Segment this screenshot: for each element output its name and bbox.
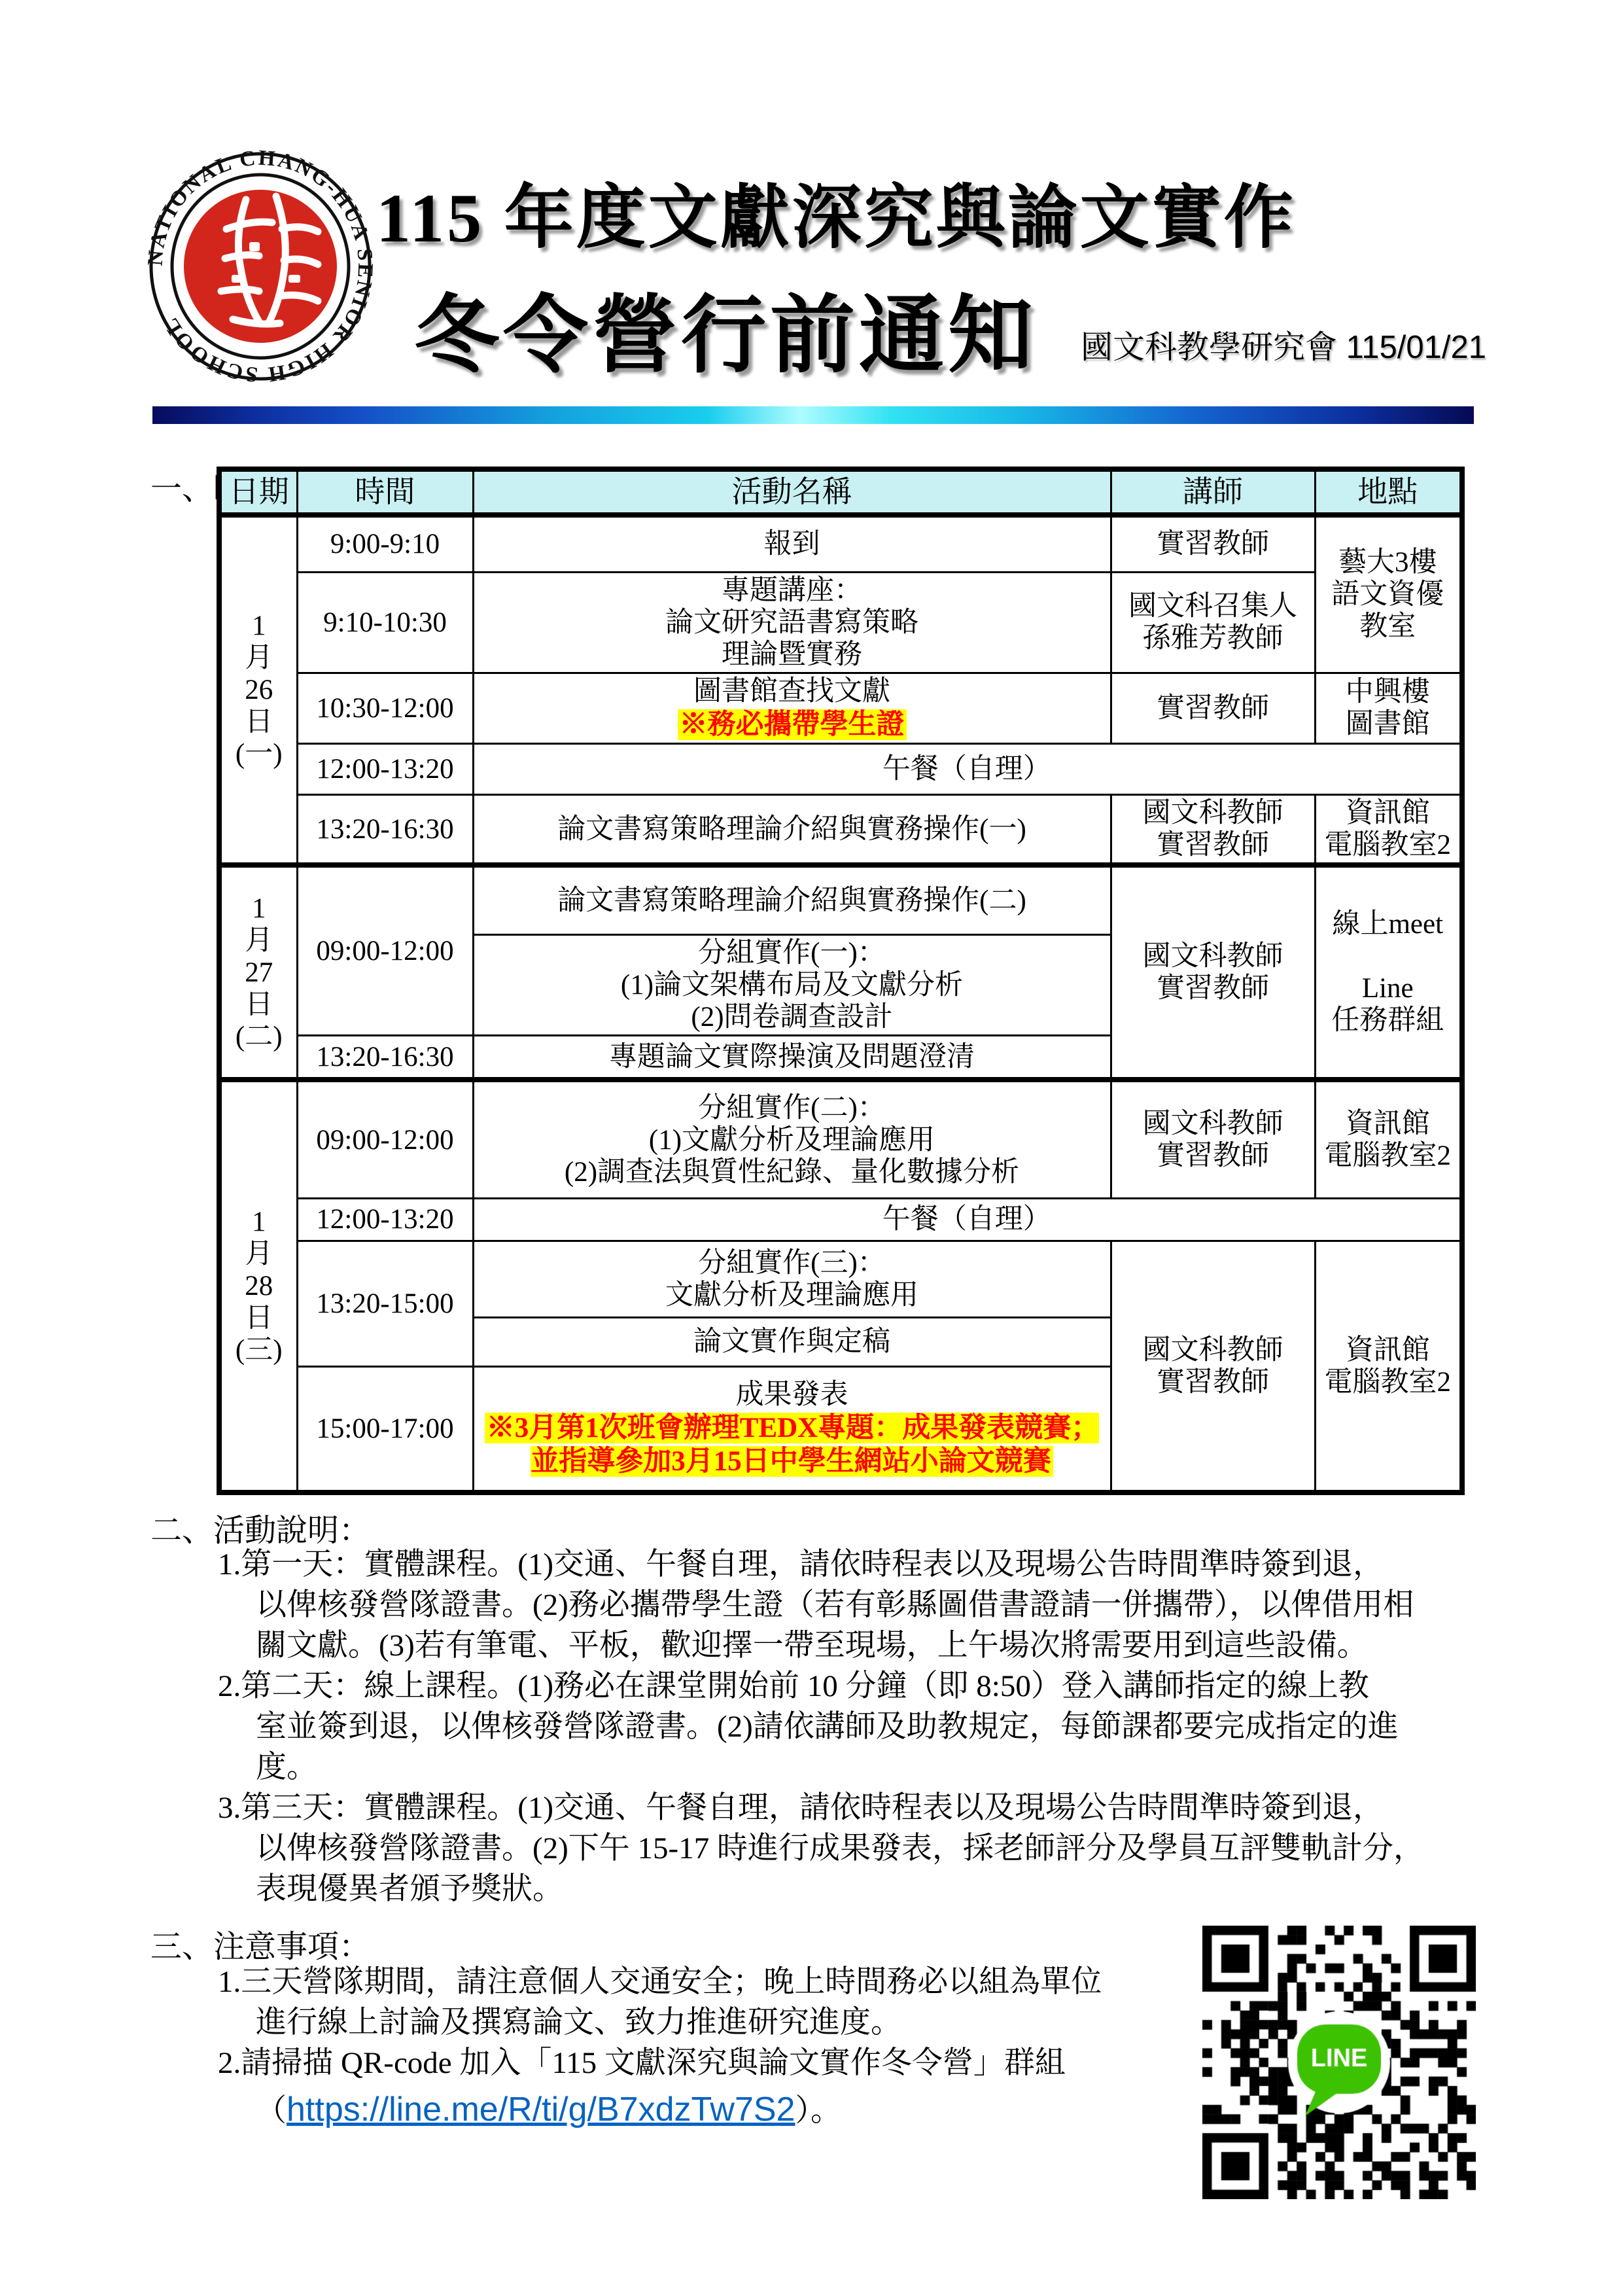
title-line-1: 115 年度文獻深究與論文實作: [376, 162, 1296, 262]
line-qr-code: [1202, 1926, 1476, 2202]
lecturer-cell: 國文科教師實習教師: [1111, 795, 1315, 866]
col-header-activity: 活動名稱: [473, 469, 1111, 515]
activity-cell: 分組實作(一)：(1)論文架構布局及文獻分析(2)問卷調查設計: [473, 934, 1111, 1035]
notes-list: 1.第一天：實體課程。(1)交通、午餐自理，請依時程表以及現場公告時間準時簽到退…: [218, 1544, 1477, 1909]
date-cell-day1: 1月26日(一): [219, 515, 297, 865]
org-and-date: 國文科教學研究會 115/01/21: [1081, 322, 1486, 368]
lecturer-cell: 國文科召集人孫雅芳教師: [1111, 572, 1315, 673]
time-cell: 09:00-12:00: [297, 865, 473, 1035]
time-cell: 13:20-16:30: [297, 1035, 473, 1080]
line-group-link[interactable]: https://line.me/R/ti/g/B7xdzTw7S2: [287, 2091, 795, 2128]
note-item-3: 3.第三天：實體課程。(1)交通、午餐自理，請依時程表以及現場公告時間準時簽到退…: [218, 1788, 1477, 1909]
note-item-2: 2.第二天：線上課程。(1)務必在課堂開始前 10 分鐘（即 8:50）登入講師…: [218, 1666, 1477, 1788]
highlight-note: ※務必攜帶學生證: [678, 709, 907, 740]
lecturer-cell: 國文科教師實習教師: [1111, 1080, 1315, 1198]
section-heading-notes: 二、活動說明：: [150, 1505, 370, 1550]
activity-cell-lunch: 午餐（自理）: [473, 1198, 1462, 1241]
paren-close: ）。: [795, 2094, 841, 2128]
activity-cell: 論文書寫策略理論介紹與實務操作(一): [473, 795, 1111, 866]
location-cell: 中興樓圖書館: [1315, 673, 1462, 744]
section-heading-cautions: 三、注意事項：: [150, 1921, 370, 1966]
activity-cell: 專題講座：論文研究語書寫策略理論暨實務: [473, 572, 1111, 673]
caution-item-2-text: 2.請掃描 QR-code 加入「115 文獻深究與論文實作冬令營」群組: [218, 2043, 1193, 2083]
location-cell: 資訊館電腦教室2: [1315, 1241, 1462, 1492]
activity-cell: 成果發表 ※3月第1次班會辦理TEDX專題：成果發表競賽；並指導參加3月15日中…: [473, 1366, 1111, 1492]
school-seal-logo-icon: NATIONAL CHANG-HUA SENIOR HIGH SCHOOL: [148, 150, 373, 385]
location-cell: 藝大3樓語文資優教室: [1315, 515, 1462, 673]
location-cell: 資訊館電腦教室2: [1315, 795, 1462, 866]
table-header-row: 日期 時間 活動名稱 講師 地點: [219, 469, 1462, 515]
date-cell-day2: 1月27日(二): [219, 865, 297, 1080]
time-cell: 9:00-9:10: [297, 515, 473, 572]
time-cell: 09:00-12:00: [297, 1080, 473, 1198]
location-cell: 資訊館電腦教室2: [1315, 1080, 1462, 1198]
activity-cell: 專題論文實際操演及問題澄清: [473, 1035, 1111, 1080]
paren-open: （: [256, 2094, 287, 2128]
time-cell: 12:00-13:20: [297, 1198, 473, 1241]
col-header-date: 日期: [219, 469, 297, 515]
activity-cell: 論文書寫策略理論介紹與實務操作(二): [473, 865, 1111, 934]
lecturer-cell: 實習教師: [1111, 515, 1315, 572]
date-cell-day3: 1月28日(三): [219, 1080, 297, 1492]
highlight-note: ※3月第1次班會辦理TEDX專題：成果發表競賽；並指導參加3月15日中學生網站小…: [485, 1413, 1099, 1477]
note-item-1: 1.第一天：實體課程。(1)交通、午餐自理，請依時程表以及現場公告時間準時簽到退…: [218, 1544, 1477, 1666]
lecturer-cell: 國文科教師實習教師: [1111, 1241, 1315, 1492]
time-cell: 15:00-17:00: [297, 1366, 473, 1492]
col-header-time: 時間: [297, 469, 473, 515]
time-cell: 9:10-10:30: [297, 572, 473, 673]
activity-cell: 分組實作(三)：文獻分析及理論應用: [473, 1241, 1111, 1317]
notice-page: NATIONAL CHANG-HUA SENIOR HIGH SCHOOL: [0, 0, 1623, 2296]
activity-cell: 圖書館查找文獻 ※務必攜帶學生證: [473, 673, 1111, 744]
schedule-table: 日期 時間 活動名稱 講師 地點 1月26日(一) 9:00-9:10 報到 實…: [217, 467, 1465, 1495]
qr-code-canvas: [1202, 1926, 1476, 2199]
caution-item-1: 1.三天營隊期間，請注意個人交通安全；晚上時間務必以組為單位進行線上討論及撰寫論…: [218, 1962, 1193, 2043]
gradient-divider-bar: [152, 406, 1474, 424]
location-cell: 線上meet Line任務群組: [1315, 865, 1462, 1080]
line-group-link-line: （https://line.me/R/ti/g/B7xdzTw7S2）。: [218, 2083, 1193, 2137]
lecturer-cell: 實習教師: [1111, 673, 1315, 744]
lecturer-cell: 國文科教師實習教師: [1111, 865, 1315, 1080]
time-cell: 10:30-12:00: [297, 673, 473, 744]
title-line-2: 冬令營行前通知: [414, 267, 1037, 389]
activity-cell: 報到: [473, 515, 1111, 572]
activity-cell-lunch: 午餐（自理）: [473, 744, 1462, 795]
time-cell: 12:00-13:20: [297, 744, 473, 795]
cautions-list: 1.三天營隊期間，請注意個人交通安全；晚上時間務必以組為單位進行線上討論及撰寫論…: [218, 1962, 1193, 2137]
col-header-location: 地點: [1315, 469, 1462, 515]
time-cell: 13:20-16:30: [297, 795, 473, 866]
caution-item-2: 2.請掃描 QR-code 加入「115 文獻深究與論文實作冬令營」群組: [218, 2043, 1193, 2083]
col-header-lecturer: 講師: [1111, 469, 1315, 515]
activity-cell: 論文實作與定稿: [473, 1317, 1111, 1366]
time-cell: 13:20-15:00: [297, 1241, 473, 1366]
activity-cell: 分組實作(二)：(1)文獻分析及理論應用(2)調查法與質性紀錄、量化數據分析: [473, 1080, 1111, 1198]
